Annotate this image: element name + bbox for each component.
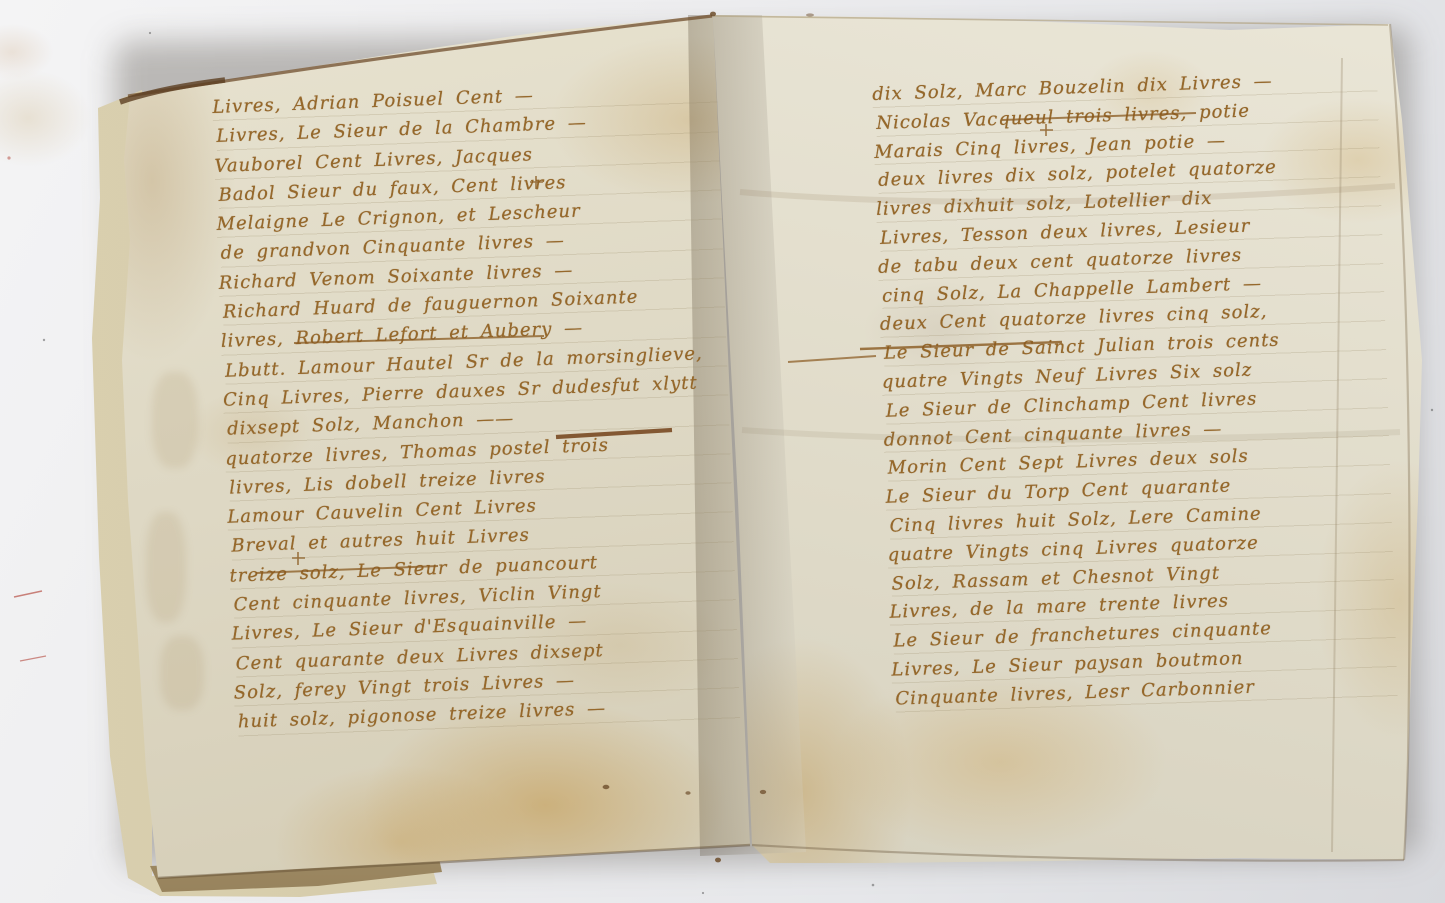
left-page-text: Livres, Adrian Poisuel Cent —Livres, Le … <box>212 78 740 741</box>
right-page-text: dix Solz, Marc Bouzelin dix Livres —Nico… <box>872 67 1398 717</box>
ink-showthrough <box>152 372 198 468</box>
photo-scene: Livres, Adrian Poisuel Cent —Livres, Le … <box>0 0 1445 903</box>
ink-showthrough <box>160 636 204 710</box>
red-pen-marks <box>7 156 46 661</box>
ink-showthrough <box>146 512 186 622</box>
